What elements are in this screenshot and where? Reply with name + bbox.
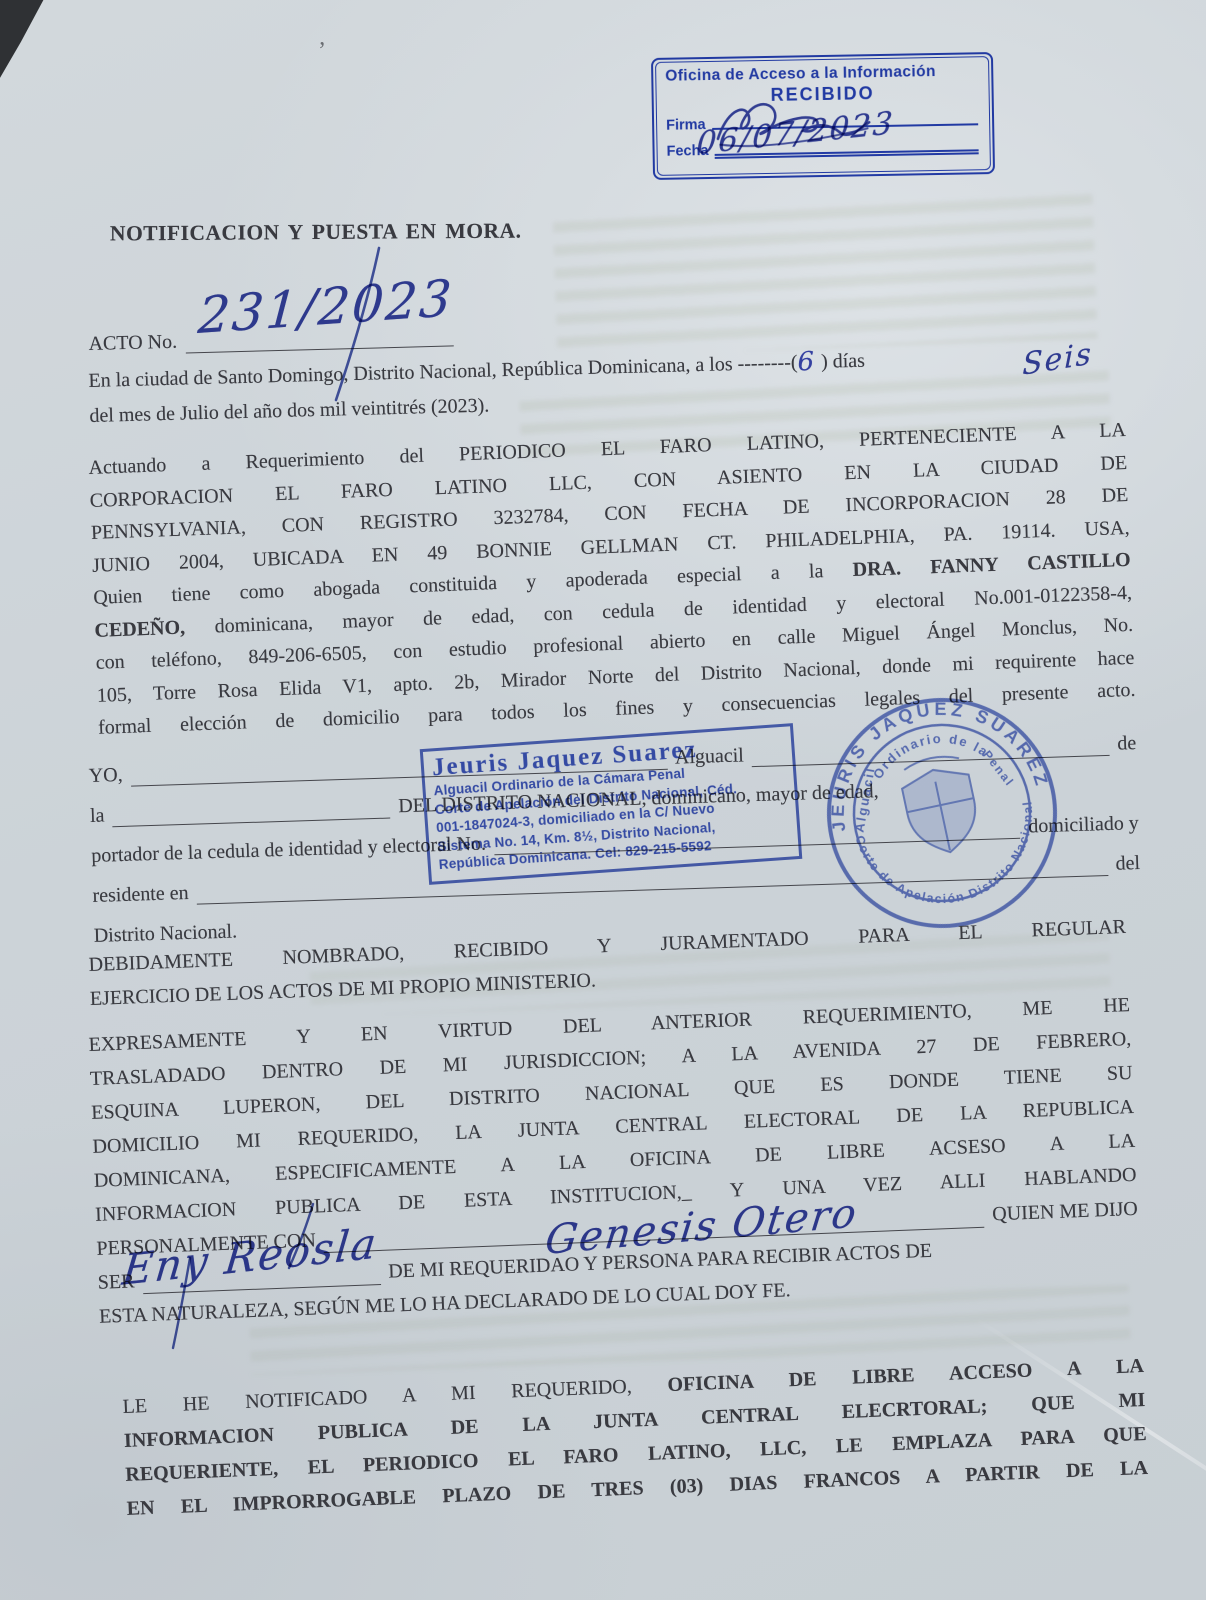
seal-right-text: Penal — [980, 748, 1017, 790]
paragraph-expresamente: EXPRESAMENTE Y EN VIRTUD DEL ANTERIOR RE… — [88, 988, 1141, 1334]
bailiff-rect-stamp: Jeuris Jaquez Suarez Alguacil Ordinario … — [420, 723, 803, 885]
blank-line — [112, 798, 391, 828]
acto-label: ACTO No. — [88, 325, 177, 360]
ink-bleed-through — [553, 191, 1098, 358]
document-title: NOTIFICACION Y PUESTA EN MORA. — [110, 215, 522, 250]
seal-coat-of-arms — [897, 751, 983, 859]
received-stamp: Oficina de Acceso a la Información RECIB… — [651, 52, 995, 180]
document-page: ’ Oficina de Acceso a la Información REC… — [0, 0, 1206, 1600]
intro-dashes: --------( — [737, 351, 798, 375]
yo-label: YO, — [88, 758, 123, 792]
intro-line-1-tail: ) días — [816, 350, 865, 373]
scan-speck: ’ — [318, 38, 326, 65]
scan-corner-artifact — [0, 0, 70, 95]
paragraph-notificacion-final: LE HE NOTIFICADO A MI REQUERIDO, OFICINA… — [122, 1349, 1149, 1526]
handwritten-days-digit: 6 — [797, 347, 816, 377]
